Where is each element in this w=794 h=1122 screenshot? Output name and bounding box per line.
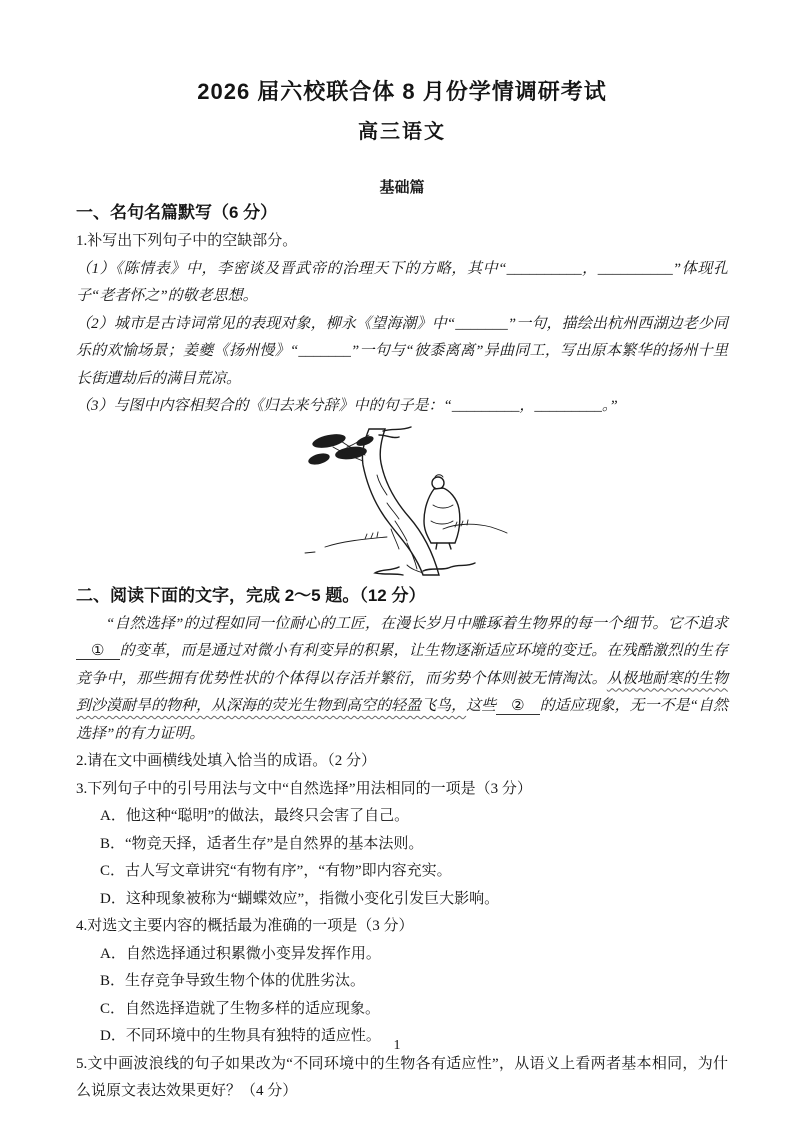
question-4-stem: 4.对选文主要内容的概括最为准确的一项是（3 分） [76,913,728,941]
question-1-item-3: （3）与图中内容相契合的《归去来兮辞》中的句子是：“_________，____… [76,393,728,421]
passage-text: 这些 [466,698,496,714]
question-5-stem: 5.文中画波浪线的句子如果改为“不同环境中的生物各有适应性”，从语义上看两者基本… [76,1051,728,1106]
question-4-option-c: C．自然选择造就了生物多样的适应现象。 [100,996,728,1024]
section-dictation: 一、名句名篇默写（6 分） 1.补写出下列句子中的空缺部分。 （1）《陈情表》中… [76,200,728,577]
question-1-item-1: （1）《陈情表》中，李密谈及晋武帝的治理天下的方略，其中“__________，… [76,256,728,311]
page-number: 1 [0,1036,794,1056]
pine-tree-and-scholar-illustration [295,425,510,577]
passage-blank-1: ① [76,643,120,660]
question-4-option-b: B．生存竞争导致生物个体的优胜劣汰。 [100,968,728,996]
section-2-heading: 二、阅读下面的文字，完成 2～5 题。（12 分） [76,583,728,609]
passage-text: “自然选择”的过程如同一位耐心的工匠，在漫长岁月中雕琢着生物界的每一个细节。它不… [106,616,728,632]
reading-passage: “自然选择”的过程如同一位耐心的工匠，在漫长岁月中雕琢着生物界的每一个细节。它不… [76,611,728,749]
question-3-option-b: B．“物竞天择，适者生存”是自然界的基本法则。 [100,831,728,859]
question-3-option-c: C．古人写文章讲究“有物有序”，“有物”即内容充实。 [100,858,728,886]
page-title: 2026 届六校联合体 8 月份学情调研考试 [76,78,728,106]
passage-blank-2: ② [496,698,539,715]
question-4-option-a: A．自然选择通过积累微小变异发挥作用。 [100,941,728,969]
question-3-option-d: D．这种现象被称为“蝴蝶效应”，指微小变化引发巨大影响。 [100,886,728,914]
question-2-stem: 2.请在文中画横线处填入恰当的成语。（2 分） [76,748,728,776]
section-1-heading: 一、名句名篇默写（6 分） [76,200,728,226]
question-3-stem: 3.下列句子中的引号用法与文中“自然选择”用法相同的一项是（3 分） [76,776,728,804]
exam-subject-subtitle: 高三语文 [76,120,728,144]
question-3-option-a: A．他这种“聪明”的做法，最终只会害了自己。 [100,803,728,831]
exam-paper-page: 2026 届六校联合体 8 月份学情调研考试 高三语文 基础篇 一、名句名篇默写… [0,0,794,1122]
figure-container [76,425,728,577]
part-label: 基础篇 [76,178,728,198]
section-reading: 二、阅读下面的文字，完成 2～5 题。（12 分） “自然选择”的过程如同一位耐… [76,583,728,1106]
question-1-item-2: （2）城市是古诗词常见的表现对象，柳永《望海潮》中“_______”一句，描绘出… [76,311,728,394]
question-1-intro: 1.补写出下列句子中的空缺部分。 [76,228,728,256]
